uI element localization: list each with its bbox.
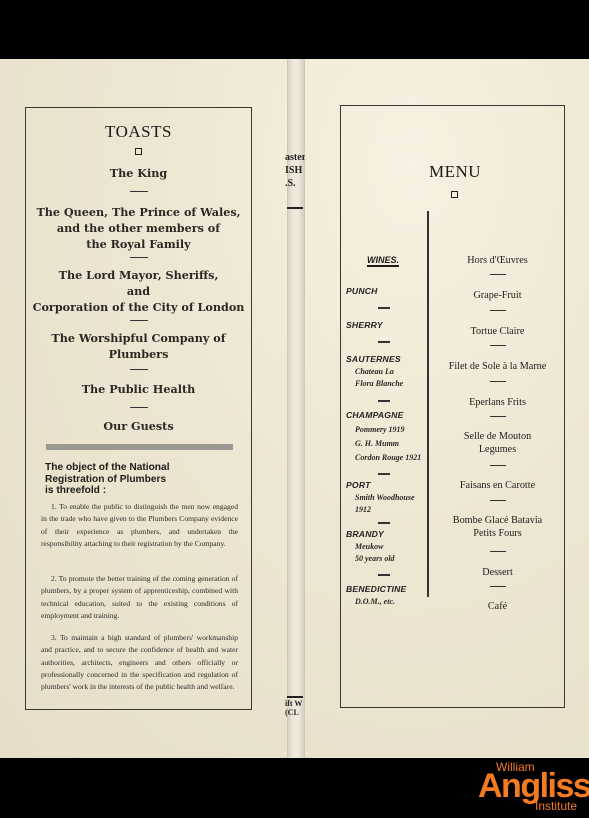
toast-item: The Worshipful Company of Plumbers (26, 330, 251, 362)
divider (490, 310, 506, 311)
toast-item: The Lord Mayor, Sheriffs, and Corporatio… (26, 267, 251, 315)
divider (490, 274, 506, 275)
divider (490, 500, 506, 501)
divider (130, 407, 148, 408)
menu-title: MENU (345, 162, 565, 182)
wine-name: BENEDICTINE (346, 584, 406, 594)
divider (378, 473, 390, 475)
course-item: Eperlans Frits (429, 396, 566, 409)
wine-details: Smith Woodhouse 1912 (355, 492, 415, 516)
wine-details: Chateau La Flora Blanche (355, 366, 403, 390)
menu-panel: MENU WINES. PUNCH SHERRY SAUTERNES Chate… (340, 105, 565, 708)
wine-name: PORT (346, 480, 371, 490)
divider (378, 574, 390, 576)
course-item: Bombe Glacé Batavia Petits Fours (429, 514, 566, 540)
object-paragraph-2: 2. To promote the better training of the… (41, 573, 238, 622)
spine-text-bottom: ift W (CL (285, 699, 305, 717)
divider (130, 369, 148, 370)
spine-text-top: aster ISH .S. (285, 151, 305, 190)
wine-details: Meukow 50 years old (355, 541, 395, 565)
toast-item: The Public Health (26, 381, 251, 397)
object-title: The object of the National Registration … (45, 462, 235, 497)
course-item: Filet de Sole à la Marne (429, 360, 566, 373)
square-ornament-icon (135, 148, 142, 155)
menu-card-spread: aster ISH .S. ift W (CL TOASTS The King … (0, 59, 589, 758)
spine-rule-bottom (287, 696, 303, 698)
wine-name: PUNCH (346, 286, 378, 296)
course-item: Faisans en Carotte (429, 479, 566, 492)
divider (490, 345, 506, 346)
square-ornament-icon (451, 191, 458, 198)
divider (378, 522, 390, 524)
wine-details: D.O.M., etc. (355, 596, 395, 608)
course-item: Selle de Mouton Legumes (429, 430, 566, 456)
course-item: Grape-Fruit (429, 289, 566, 302)
divider (490, 586, 506, 587)
object-paragraph-3: 3. To maintain a high standard of plumbe… (41, 632, 238, 693)
divider (130, 320, 148, 321)
wines-heading: WINES. (367, 255, 399, 267)
divider (130, 191, 148, 192)
course-item: Dessert (429, 566, 566, 579)
wine-name: CHAMPAGNE (346, 410, 404, 420)
divider (378, 341, 390, 343)
course-item: Hors d'Œuvres (429, 254, 566, 267)
divider (378, 400, 390, 402)
wine-details: Pommery 1919 G. H. Mumm Cordon Rouge 192… (355, 423, 421, 465)
divider (490, 551, 506, 552)
wine-name: SHERRY (346, 320, 383, 330)
toast-item: The King (26, 165, 251, 181)
wine-name: SAUTERNES (346, 354, 401, 364)
section-bar (46, 444, 233, 450)
wine-name: BRANDY (346, 529, 384, 539)
william-angliss-logo: William Angliss Institute (463, 761, 583, 815)
divider (490, 381, 506, 382)
course-item: Tortue Claire (429, 325, 566, 338)
course-item: Café (429, 600, 566, 613)
logo-line-3: Institute (535, 800, 577, 812)
toasts-title: TOASTS (26, 122, 251, 142)
divider (490, 416, 506, 417)
toast-item: Our Guests (26, 418, 251, 434)
toasts-panel: TOASTS The King The Queen, The Prince of… (25, 107, 252, 710)
divider (490, 465, 506, 466)
object-paragraph-1: 1. To enable the public to distinguish t… (41, 501, 238, 550)
toast-item: The Queen, The Prince of Wales, and the … (26, 204, 251, 252)
divider (378, 307, 390, 309)
spine-rule-top (287, 207, 303, 209)
divider (130, 257, 148, 258)
